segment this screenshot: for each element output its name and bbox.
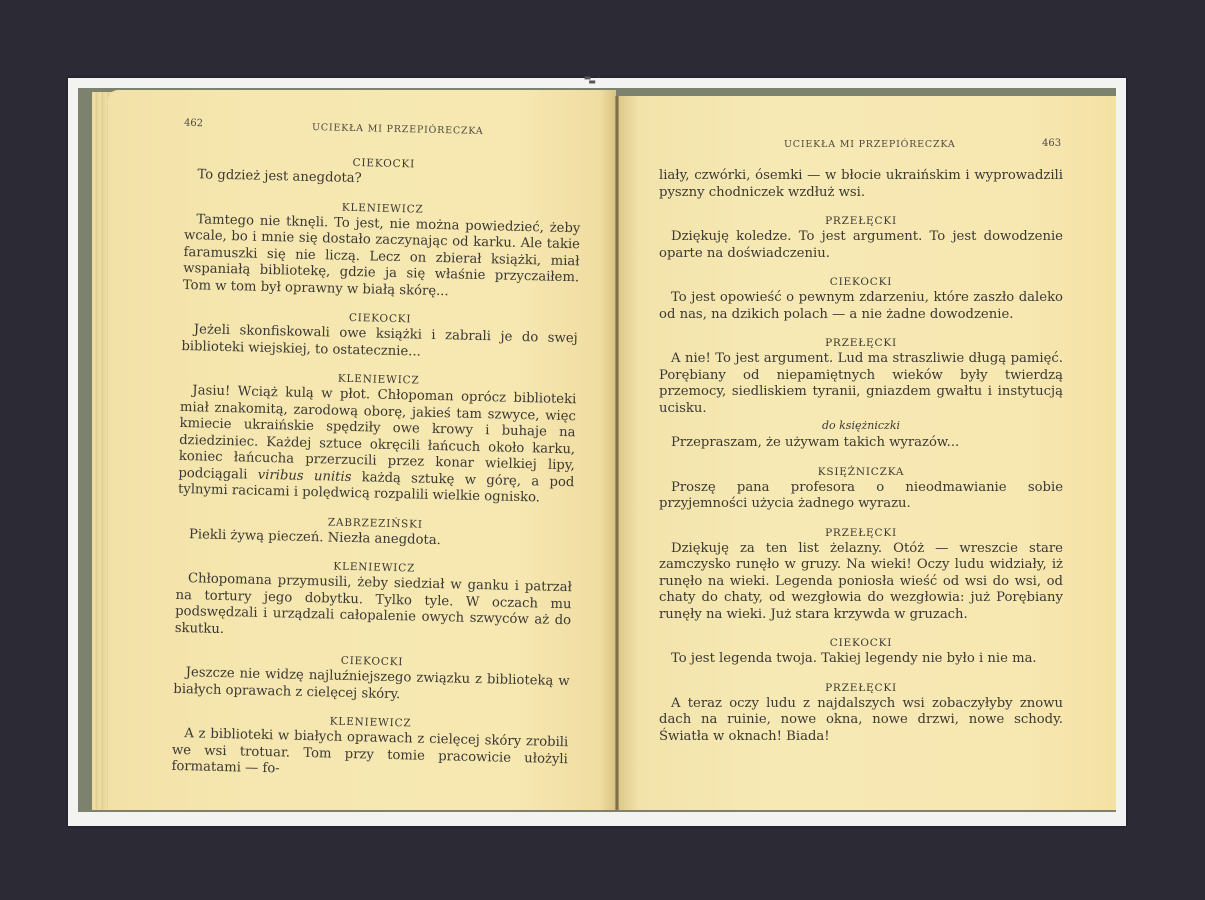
dialogue-block: KLENIEWICZ Tamtego nie tknęli. To jest, … xyxy=(183,196,581,303)
speaker-name: KSIĘŻNICZKA xyxy=(659,465,1063,480)
dialogue-text: Dziękuję koledze. To jest argument. To j… xyxy=(659,229,1063,262)
dialogue-block: ZABRZEZIŃSKI Piekli żywą pieczeń. Niezła… xyxy=(177,511,574,552)
speaker-name: CIEKOCKI xyxy=(659,275,1063,290)
dialogue-block: CIEKOCKI To jest legenda twoja. Takiej l… xyxy=(659,636,1063,668)
dialogue-text: A teraz oczy ludu z najdalszych wsi zoba… xyxy=(659,696,1063,746)
continued-text: liały, czwórki, ósemki — w błocie ukraiń… xyxy=(659,168,1063,201)
dialogue-block: KLENIEWICZ Jasiu! Wciąż kulą w płot. Chł… xyxy=(178,368,577,508)
binding-mark: ▬ · ▬ xyxy=(578,76,608,80)
right-text-block: liały, czwórki, ósemki — w błocie ukraiń… xyxy=(659,168,1063,758)
running-head: UCIEKŁA MI PRZEPIÓRECZKA xyxy=(312,122,484,137)
dialogue-block: CIEKOCKI Jeszcze nie widzę najluźniejsze… xyxy=(173,650,570,707)
dialogue-text: A nie! To jest argument. Lud ma straszli… xyxy=(659,351,1063,417)
dialogue-block: CIEKOCKI To gdzież jest anegdota? xyxy=(185,152,582,193)
dialogue-text: Jasiu! Wciąż kulą w płot. Chłopoman opró… xyxy=(178,383,577,508)
speaker-name: PRZEŁĘCKI xyxy=(659,214,1063,229)
speaker-name: PRZEŁĘCKI xyxy=(659,681,1063,696)
speaker-name: PRZEŁĘCKI xyxy=(659,336,1063,351)
dialogue-block: CIEKOCKI To jest opowieść o pewnym zdarz… xyxy=(659,275,1063,323)
dialogue-block: PRZEŁĘCKI A nie! To jest argument. Lud m… xyxy=(659,336,1063,452)
running-head: UCIEKŁA MI PRZEPIÓRECZKA xyxy=(784,139,956,150)
latin-phrase: viribus unitis xyxy=(258,467,352,484)
right-page: UCIEKŁA MI PRZEPIÓRECZKA 463 liały, czwó… xyxy=(619,96,1116,810)
dialogue-block: PRZEŁĘCKI A teraz oczy ludu z najdalszyc… xyxy=(659,681,1063,746)
continuation-block: liały, czwórki, ósemki — w błocie ukraiń… xyxy=(659,168,1063,201)
dialogue-text: A z biblioteki w białych oprawach z ciel… xyxy=(171,726,568,785)
dialogue-block: KLENIEWICZ A z biblioteki w białych opra… xyxy=(171,711,568,785)
page-number: 462 xyxy=(184,118,203,129)
dialogue-block: PRZEŁĘCKI Dziękuję koledze. To jest argu… xyxy=(659,214,1063,262)
page-number: 463 xyxy=(1042,138,1061,149)
dialogue-text: Proszę pana profesora o nieodmawianie so… xyxy=(659,480,1063,513)
dialogue-text: Przepraszam, że używam takich wyrazów... xyxy=(659,435,1063,452)
speaker-name: CIEKOCKI xyxy=(659,636,1063,651)
dialogue-text: To jest opowieść o pewnym zdarzeniu, któ… xyxy=(659,290,1063,323)
dialogue-text: To jest legenda twoja. Takiej legendy ni… xyxy=(659,651,1063,668)
dialogue-text: Dziękuję za ten list żelazny. Otóż — wre… xyxy=(659,541,1063,624)
left-text-block: CIEKOCKI To gdzież jest anegdota? KLENIE… xyxy=(171,152,582,798)
left-page: 462 UCIEKŁA MI PRZEPIÓRECZKA CIEKOCKI To… xyxy=(108,90,616,810)
dialogue-block: PRZEŁĘCKI Dziękuję za ten list żelazny. … xyxy=(659,526,1063,624)
dialogue-block: CIEKOCKI Jeżeli skonfiskowali owe książk… xyxy=(181,307,578,364)
dialogue-block: KLENIEWICZ Chłopomana przymusili, żeby s… xyxy=(175,556,573,646)
dialogue-block: KSIĘŻNICZKA Proszę pana profesora o nieo… xyxy=(659,465,1063,513)
dialogue-text: Tamtego nie tknęli. To jest, nie można p… xyxy=(183,211,581,303)
text-run: Jasiu! Wciąż kulą w płot. Chłopoman opró… xyxy=(178,383,576,482)
dialogue-text: Chłopomana przymusili, żeby siedział w g… xyxy=(175,571,572,646)
stage-direction: do księżniczki xyxy=(659,418,1063,433)
speaker-name: PRZEŁĘCKI xyxy=(659,526,1063,541)
